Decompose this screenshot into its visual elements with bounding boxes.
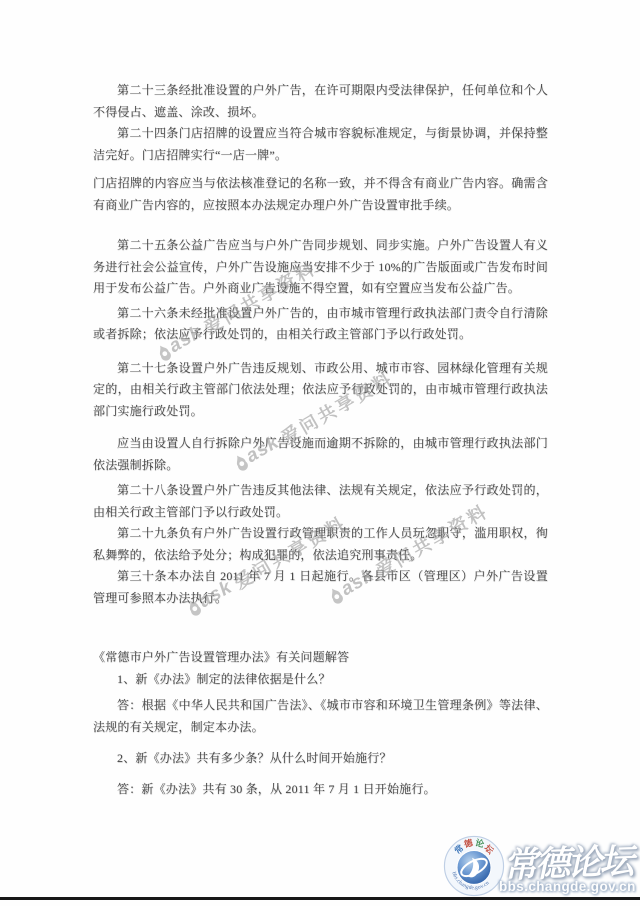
document-paragraph: 第二十四条门店招牌的设置应当符合城市容貌标准规定，与街景协调，并保持整洁完好。门… (93, 123, 548, 166)
document-paragraph: 第二十五条公益广告应当与户外广告同步规划、同步实施。户外广告设置人有义务进行社会… (93, 235, 548, 300)
changde-forum-badge-icon: 常 德 论 坛 bbs.changde.gov.cn (443, 835, 505, 897)
document-paragraph: 第二十七条设置户外广告违反规划、市政公用、城市市容、园林绿化管理有关规定的，由相… (93, 358, 548, 423)
document-paragraph: 第二十九条负有户外广告设置行政管理职责的工作人员玩忽职守，滥用职权，徇私舞弊的，… (93, 523, 548, 566)
document-paragraph: 应当由设置人自行拆除户外广告设施而逾期不拆除的，由城市管理行政执法部门依法强制拆… (93, 433, 548, 476)
document-section-title: 《常德市户外广告设置管理办法》有关问题解答 (93, 647, 548, 669)
document-body: 第二十三条经批准设置的户外广告，在许可期限内受法律保护，任何单位和个人不得侵占、… (93, 80, 548, 800)
scanned-document-page: 第二十三条经批准设置的户外广告，在许可期限内受法律保护，任何单位和个人不得侵占、… (0, 0, 640, 906)
document-question: 1、新《办法》制定的法律依据是什么？ (93, 669, 548, 691)
document-paragraph: 第二十三条经批准设置的户外广告，在许可期限内受法律保护，任何单位和个人不得侵占、… (93, 80, 548, 123)
document-paragraph: 第三十条本办法自 2011 年 7 月 1 日起施行。各县市区（管理区）户外广告… (93, 566, 548, 609)
footer-site-url: bbs.changde.gov.cn (499, 879, 636, 894)
document-answer: 答：根据《中华人民共和国广告法》、《城市市容和环境卫生管理条例》等法律、法规的有… (93, 695, 548, 738)
document-paragraph: 第二十六条未经批准设置户外广告的，由市城市管理行政执法部门责令自行清除或者拆除；… (93, 303, 548, 346)
document-answer: 答：新《办法》共有 30 条，从 2011 年 7 月 1 日开始施行。 (93, 779, 548, 801)
document-paragraph: 门店招牌的内容应当与依法核准登记的名称一致，并不得含有商业广告内容。确需含有商业… (93, 173, 548, 216)
document-paragraph: 第二十八条设置户外广告违反其他法律、法规有关规定，依法应予行政处罚的，由相关行政… (93, 480, 548, 523)
document-question: 2、新《办法》共有多少条？从什么时间开始施行？ (93, 748, 548, 770)
bottom-rule (0, 897, 640, 900)
